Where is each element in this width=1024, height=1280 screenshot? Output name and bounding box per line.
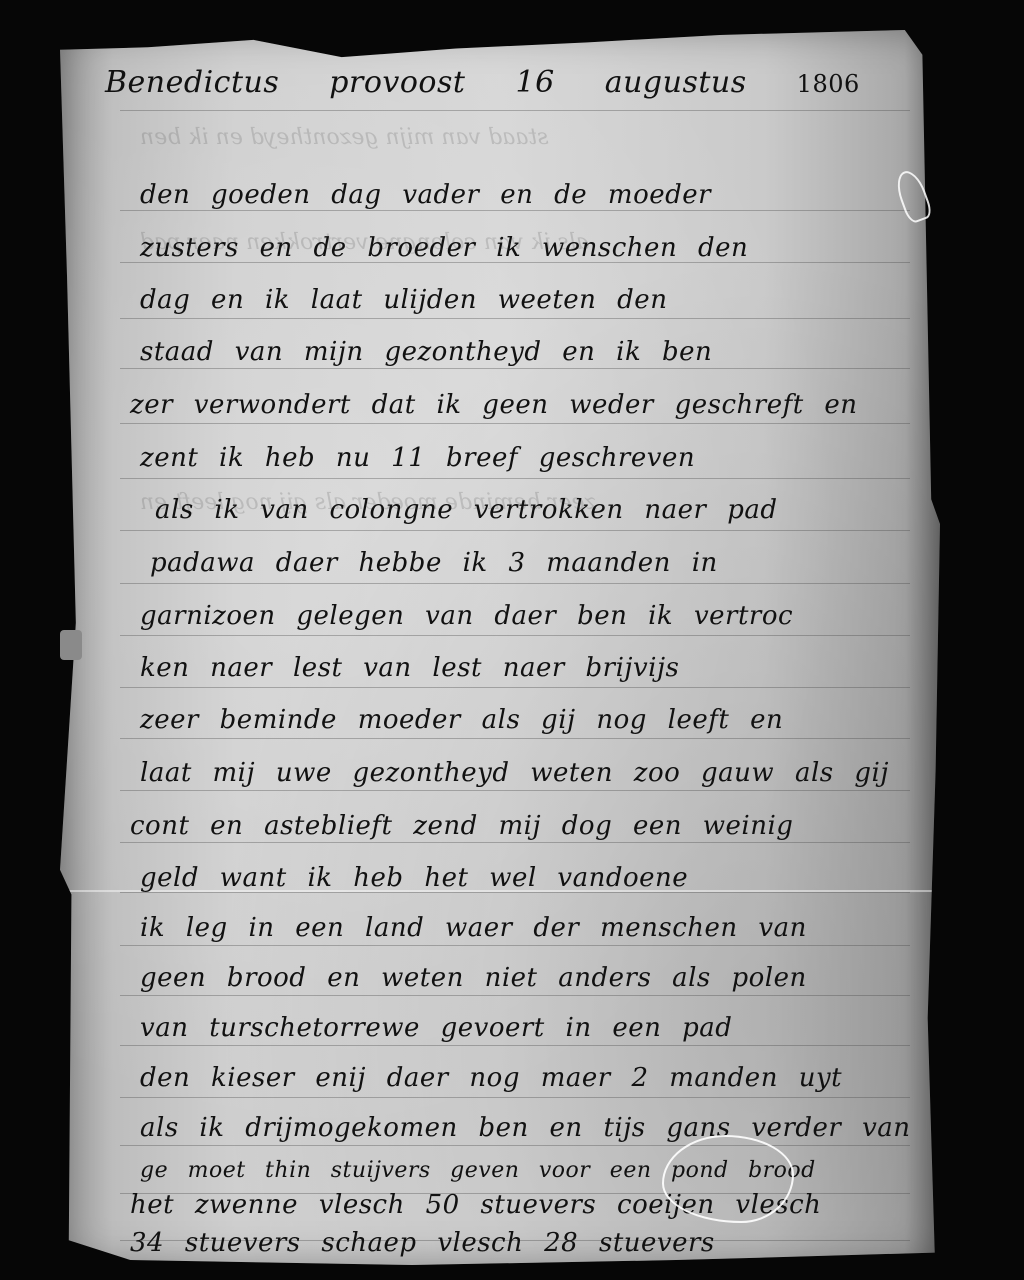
letter-line: ik leg in een land waer der menschen van <box>140 913 807 943</box>
letter-line: zer verwondert dat ik geen weder geschre… <box>130 390 858 420</box>
letter-line: geen brood en weten niet anders als pole… <box>140 963 807 993</box>
letter-line: den kieser enij daer nog maer 2 manden u… <box>140 1063 842 1093</box>
letter-line: zent ik heb nu 11 breef geschreven <box>140 443 695 473</box>
ruled-line <box>120 530 910 531</box>
letter-line: ken naer lest van lest naer brijvijs <box>140 653 679 683</box>
letter-line: dag en ik laat ulijden weeten den <box>140 285 667 315</box>
letter-page: staad van mijn gezontheyd en ik ben als … <box>60 30 940 1265</box>
bleed-through-text: staad van mijn gezontheyd en ik ben <box>140 125 548 150</box>
letter-line: 34 stuevers schaep vlesch 28 stuevers <box>130 1228 715 1258</box>
ruled-line <box>120 318 910 319</box>
ruled-line <box>120 1097 910 1098</box>
ruled-line <box>120 210 910 211</box>
scanned-document: staad van mijn gezontheyd en ik ben als … <box>0 0 1024 1280</box>
circle-annotation-icon <box>662 1135 794 1223</box>
letter-line: als ik van colongne vertrokken naer pad <box>155 495 777 525</box>
header-surname: provoost <box>329 65 465 100</box>
letter-line: van turschetorrewe gevoert in een pad <box>140 1013 732 1043</box>
letter-line: padawa daer hebbe ik 3 maanden in <box>150 548 718 578</box>
letter-header: Benedictus provoost 16 augustus 1806 <box>105 65 860 100</box>
letter-line: zeer beminde moeder als gij nog leeft en <box>140 705 783 735</box>
header-year: 1806 <box>797 70 860 98</box>
letter-line: cont en asteblieft zend mij dog een wein… <box>130 811 793 841</box>
ruled-line <box>120 423 910 424</box>
header-month: augustus <box>605 65 747 100</box>
ruled-line <box>120 738 910 739</box>
letter-line: laat mij uwe gezontheyd weten zoo gauw a… <box>140 758 889 788</box>
letter-line: geld want ik heb het wel vandoene <box>140 863 688 893</box>
letter-line: staad van mijn gezontheyd en ik ben <box>140 337 712 367</box>
ruled-line <box>120 790 910 791</box>
ruled-line <box>120 583 910 584</box>
paper-tab <box>60 630 82 660</box>
ruled-line <box>120 1045 910 1046</box>
ruled-line <box>120 995 910 996</box>
header-sender: Benedictus <box>105 65 279 100</box>
ruled-line <box>120 842 910 843</box>
letter-line: den goeden dag vader en de moeder <box>140 180 711 210</box>
letter-line: zusters en de broeder ik wenschen den <box>140 233 748 263</box>
ruled-line <box>120 110 910 111</box>
ruled-line <box>120 687 910 688</box>
ruled-line <box>120 635 910 636</box>
ruled-line <box>120 478 910 479</box>
ruled-line <box>120 945 910 946</box>
letter-line: als ik drijmogekomen ben en tijs gans ve… <box>140 1113 911 1143</box>
header-day: 16 <box>515 65 554 100</box>
ruled-line <box>120 1145 910 1146</box>
letter-line: garnizoen gelegen van daer ben ik vertro… <box>140 601 793 631</box>
ruled-line <box>120 368 910 369</box>
